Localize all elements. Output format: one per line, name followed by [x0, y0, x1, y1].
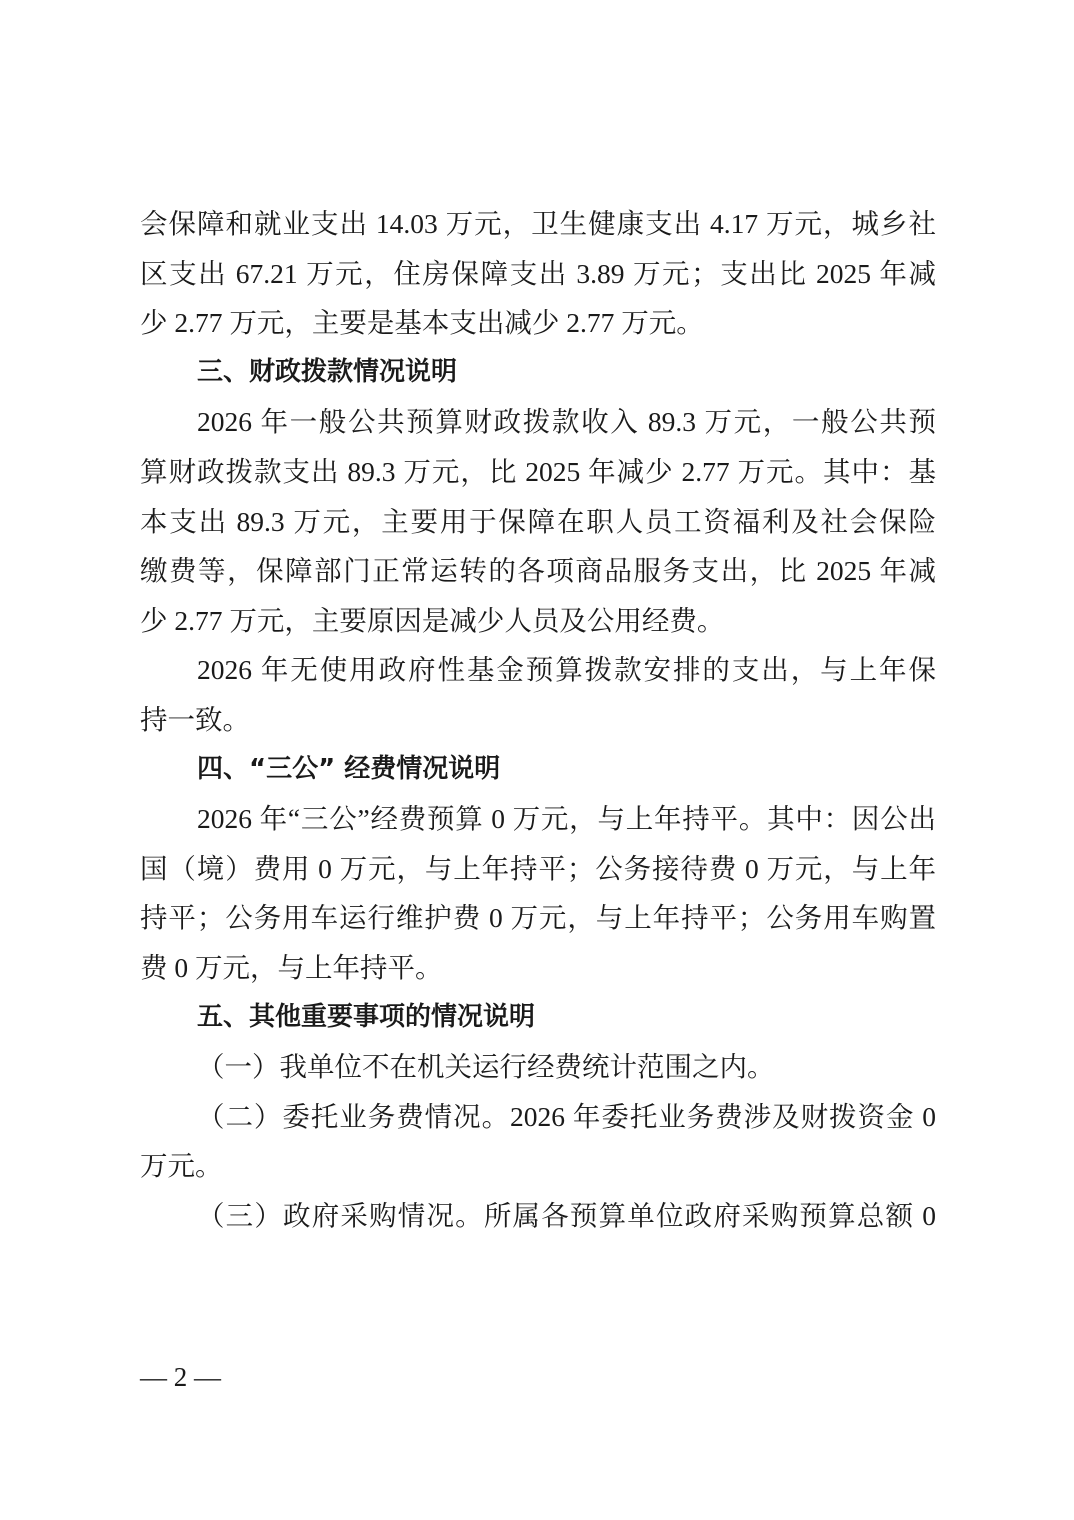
- paragraph-line: 2026 年无使用政府性基金预算拨款安排的支出，与上年保: [140, 645, 936, 695]
- section-heading-three-public-expenses: 四、“三公” 经费情况说明: [140, 745, 936, 795]
- paragraph-line: 国（境）费用 0 万元，与上年持平；公务接待费 0 万元，与上年: [140, 844, 936, 894]
- paragraph-line: 2026 年“三公”经费预算 0 万元，与上年持平。其中：因公出: [140, 794, 936, 844]
- paragraph-line: 持平；公务用车运行维护费 0 万元，与上年持平；公务用车购置: [140, 893, 936, 943]
- document-page: 会保障和就业支出 14.03 万元，卫生健康支出 4.17 万元，城乡社 区支出…: [140, 199, 936, 1240]
- section-heading-fiscal-appropriation: 三、财政拨款情况说明: [140, 348, 936, 398]
- section-heading-other-matters: 五、其他重要事项的情况说明: [140, 993, 936, 1043]
- paragraph-line: 费 0 万元，与上年持平。: [140, 943, 936, 993]
- paragraph-line: （二）委托业务费情况。2026 年委托业务费涉及财拨资金 0: [140, 1092, 936, 1142]
- page-number: — 2 —: [140, 1362, 221, 1393]
- paragraph-line: 万元。: [140, 1141, 936, 1191]
- paragraph-line: 算财政拨款支出 89.3 万元，比 2025 年减少 2.77 万元。其中：基: [140, 447, 936, 497]
- paragraph-line: （一）我单位不在机关运行经费统计范围之内。: [140, 1042, 936, 1092]
- paragraph-line: 少 2.77 万元，主要原因是减少人员及公用经费。: [140, 596, 936, 646]
- paragraph-line: 本支出 89.3 万元，主要用于保障在职人员工资福利及社会保险: [140, 497, 936, 547]
- paragraph-line: 缴费等，保障部门正常运转的各项商品服务支出，比 2025 年减: [140, 546, 936, 596]
- paragraph-line: （三）政府采购情况。所属各预算单位政府采购预算总额 0: [140, 1191, 936, 1241]
- paragraph-line: 会保障和就业支出 14.03 万元，卫生健康支出 4.17 万元，城乡社: [140, 199, 936, 249]
- paragraph-line: 区支出 67.21 万元，住房保障支出 3.89 万元；支出比 2025 年减: [140, 249, 936, 299]
- paragraph-line: 2026 年一般公共预算财政拨款收入 89.3 万元，一般公共预: [140, 397, 936, 447]
- paragraph-line: 持一致。: [140, 695, 936, 745]
- paragraph-line: 少 2.77 万元，主要是基本支出减少 2.77 万元。: [140, 298, 936, 348]
